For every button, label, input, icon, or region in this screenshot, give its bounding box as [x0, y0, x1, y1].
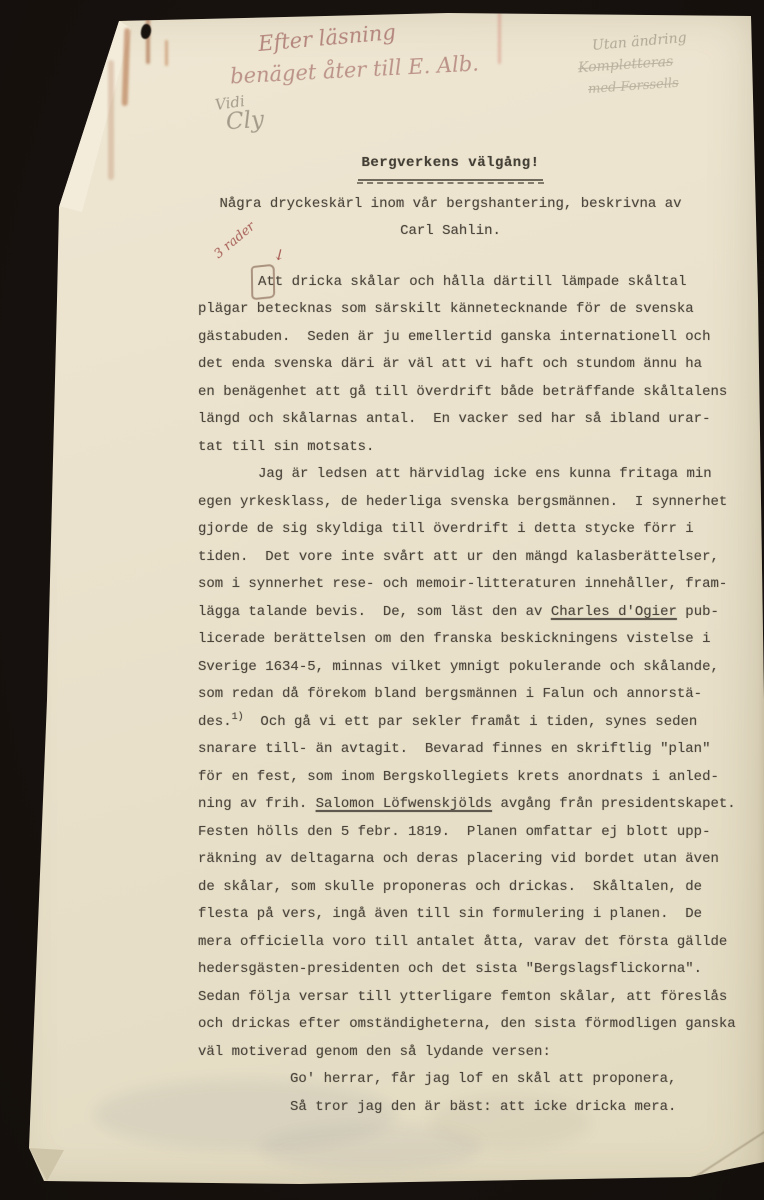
typed-line: gjorde de sig skyldiga till överdrift i …: [198, 516, 758, 544]
typed-line: hedersgästen-presidenten och det sista "…: [198, 956, 758, 984]
handwritten-note-struck: Kompletteras: [578, 54, 674, 77]
typed-line: plägar betecknas som särskilt känneteckn…: [198, 296, 758, 324]
typed-line: lägga talande bevis. De, som läst den av…: [198, 599, 758, 627]
manuscript-page: Efter läsning benäget åter till E. Alb. …: [0, 0, 764, 1200]
typed-line: för en fest, som inom Bergskollegiets kr…: [198, 764, 758, 792]
handwritten-note: Utan ändring: [591, 30, 687, 54]
handwritten-note: benäget åter till E. Alb.: [230, 52, 480, 89]
typed-line: de skålar, som skulle proponeras och dri…: [198, 874, 758, 902]
line-text: pub-: [677, 604, 719, 620]
handwritten-note-struck: med Forssells: [588, 76, 680, 97]
typed-line: det enda svenska däri är väl att vi haft…: [198, 351, 758, 379]
byline-author: Carl Sahlin.: [198, 218, 703, 246]
footnote-reference: 1): [232, 712, 244, 723]
handwritten-initials: Cly: [225, 107, 265, 136]
typed-line: tat till sin motsats.: [198, 434, 758, 462]
line-text: des.: [198, 714, 232, 730]
typed-line: som i synnerhet rese- och memoir-littera…: [198, 571, 758, 599]
typed-line: Festen hölls den 5 febr. 1819. Planen om…: [198, 819, 758, 847]
typed-line: gästabuden. Seden är ju emellertid gansk…: [198, 324, 758, 352]
rust-stain: [122, 28, 131, 106]
rust-stain: [108, 60, 114, 180]
typed-line: Sedan följa versar till ytterligare femt…: [198, 984, 758, 1012]
typed-line: och drickas efter omständigheterna, den …: [198, 1011, 758, 1039]
typed-line: mera officiella voro till antalet åtta, …: [198, 929, 758, 957]
typed-text-column: Bergverkens välgång! Några dryckeskärl i…: [198, 150, 758, 1121]
line-text: ning av frih.: [198, 796, 316, 812]
typed-line: längd och skålarnas antal. En vacker sed…: [198, 406, 758, 434]
byline: Några dryckeskärl inom vår bergshanterin…: [198, 191, 703, 219]
typed-line: egen yrkesklass, de hederliga svenska be…: [198, 489, 758, 517]
typed-line: ning av frih. Salomon Löfwenskjölds avgå…: [198, 791, 758, 819]
verse-line: Go' herrar, får jag lof en skål att prop…: [198, 1066, 758, 1094]
typed-line: som redan då förekom bland bergsmännen i…: [198, 681, 758, 709]
typed-line: Sverige 1634-5, minnas vilket ymnigt pok…: [198, 654, 758, 682]
bottom-right-crease: [686, 1123, 764, 1183]
typed-line: des.1) Och gå vi ett par sekler framåt i…: [198, 709, 758, 737]
typed-line: tiden. Det vore inte svårt att ur den mä…: [198, 544, 758, 572]
typed-line: räkning av deltagarna och deras placerin…: [198, 846, 758, 874]
handwritten-note: Efter läsning: [257, 20, 396, 56]
typed-line: en benägenhet att gå till överdrift både…: [198, 379, 758, 407]
typed-line: väl motiverad genom den så lydande verse…: [198, 1039, 758, 1067]
underlined-name: Charles d'Ogier: [551, 604, 677, 620]
underlined-name: Salomon Löfwenskjölds: [316, 796, 492, 812]
typed-line: licerade berättelsen om den franska besk…: [198, 626, 758, 654]
paper-hole: [140, 23, 153, 40]
line-text: lägga talande bevis. De, som läst den av: [198, 604, 551, 620]
rust-stain: [165, 40, 168, 66]
typed-line: flesta på vers, ingå även till sin formu…: [198, 901, 758, 929]
typed-line: Att dricka skålar och hålla därtill lämp…: [198, 269, 758, 297]
page-title: Bergverkens välgång!: [358, 150, 542, 181]
rust-stain: [498, 12, 501, 64]
typed-line: Jag är ledsen att härvidlag icke ens kun…: [198, 461, 758, 489]
line-text: avgång från presidentskapet.: [492, 796, 736, 812]
scan-background: Efter läsning benäget åter till E. Alb. …: [0, 0, 764, 1200]
typed-line: snarare till- än avtagit. Bevarad finnes…: [198, 736, 758, 764]
verse-line: Så tror jag den är bäst: att icke dricka…: [198, 1094, 758, 1122]
line-text: Och gå vi ett par sekler framåt i tiden,…: [244, 714, 698, 730]
